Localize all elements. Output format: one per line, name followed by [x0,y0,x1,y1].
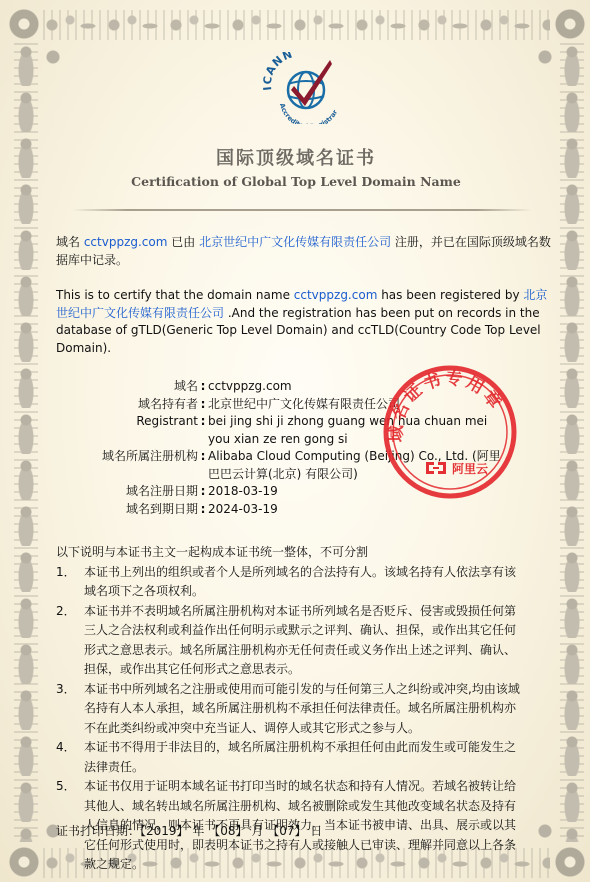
term-text: 本证书并不表明域名所属注册机构对本证书所列域名是否贬斥、侵害或毁损任何第三人之合… [84,602,524,680]
corner-ornament-icon [6,844,42,880]
term-item: 2． 本证书并不表明域名所属注册机构对本证书所列域名是否贬斥、侵害或毁损任何第三… [56,602,556,680]
info-label: 域名持有者 [80,396,198,414]
print-day: 【07】 [267,824,306,838]
intro-en-mid: has been registered by [377,288,523,302]
term-text: 本证书不得用于非法目的，域名所属注册机构不承担任何由此而发生或可能发生之法律责任… [84,738,524,777]
certificate-title-en: Certification of Global Top Level Domain… [0,174,590,189]
info-colon: : [198,378,208,396]
intro-cn-mid: 已由 [167,235,199,249]
year-unit: 年 [192,824,204,838]
term-item: 4． 本证书不得用于非法目的，域名所属注册机构不承担任何由此而发生或可能发生之法… [56,738,556,777]
info-row-expiry-date: 域名到期日期 : 2024-03-19 [80,501,540,519]
certificate: ICANN Accredited Registrar 国际顶级域名证书 Cert… [0,0,590,882]
term-number: 4． [56,738,84,777]
corner-ornament-icon [552,6,588,42]
icann-accredited-registrar-logo: ICANN Accredited Registrar [258,52,354,124]
info-colon: : [198,396,208,414]
domain-link: cctvppzg.com [294,288,378,302]
registrant-link: 北京世纪中广文化传媒有限责任公司 [199,235,391,249]
corner-ornament-icon [552,844,588,880]
print-date-label: 证书打印日期： [56,824,140,838]
intro-en-prefix: This is to certify that the domain name [56,288,294,302]
terms-heading: 以下说明与本证书主文一起构成本证书统一整体，不可分割 [56,543,556,563]
seal-stamp-icon: 域名证书专用章 阿里云 [380,362,520,502]
print-date: 证书打印日期：【2019】 年 【08】 月 【07】 日 [56,822,322,839]
svg-text:阿里云: 阿里云 [452,461,488,476]
fleur-ornament-icon [44,48,62,66]
intro-paragraph-cn: 域名 cctvppzg.com 已由 北京世纪中广文化传媒有限责任公司 注册，并… [56,234,552,269]
term-number: 2． [56,602,84,680]
intro-cn-prefix: 域名 [56,235,84,249]
domain-link: cctvppzg.com [84,235,168,249]
term-text: 本证书中所列域名之注册或使用而可能引发的与任何第三人之纠纷或冲突,均由该域名持有… [84,680,524,739]
term-number: 3． [56,680,84,739]
fleur-ornament-icon [536,48,554,66]
term-text: 本证书上列出的组织或者个人是所列域名的合法持有人。该域名持有人依法享有该域名项下… [84,563,524,602]
official-seal: 域名证书专用章 阿里云 [380,362,520,502]
corner-ornament-icon [6,6,42,42]
day-unit: 日 [310,824,322,838]
title-divider [72,209,532,211]
term-number: 1． [56,563,84,602]
term-item: 1． 本证书上列出的组织或者个人是所列域名的合法持有人。该域名持有人依法享有该域… [56,563,556,602]
info-colon: : [198,483,208,501]
info-label: Registrant [80,413,198,448]
info-colon: : [198,501,208,519]
info-label: 域名 [80,378,198,396]
info-colon: : [198,413,208,448]
icann-logo-icon: ICANN Accredited Registrar [258,52,354,124]
intro-paragraph-en: This is to certify that the domain name … [56,287,552,357]
month-unit: 月 [251,824,263,838]
term-item: 3． 本证书中所列域名之注册或使用而可能引发的与任何第三人之纠纷或冲突,均由该域… [56,680,556,739]
print-year: 【2019】 [140,824,189,838]
info-colon: : [198,448,208,483]
print-month: 【08】 [208,824,247,838]
decorative-border-top [40,10,550,40]
info-label: 域名注册日期 [80,483,198,501]
certificate-title-cn: 国际顶级域名证书 [0,144,590,170]
info-label: 域名到期日期 [80,501,198,519]
info-label: 域名所属注册机构 [80,448,198,483]
info-value: 2024-03-19 [208,501,508,519]
